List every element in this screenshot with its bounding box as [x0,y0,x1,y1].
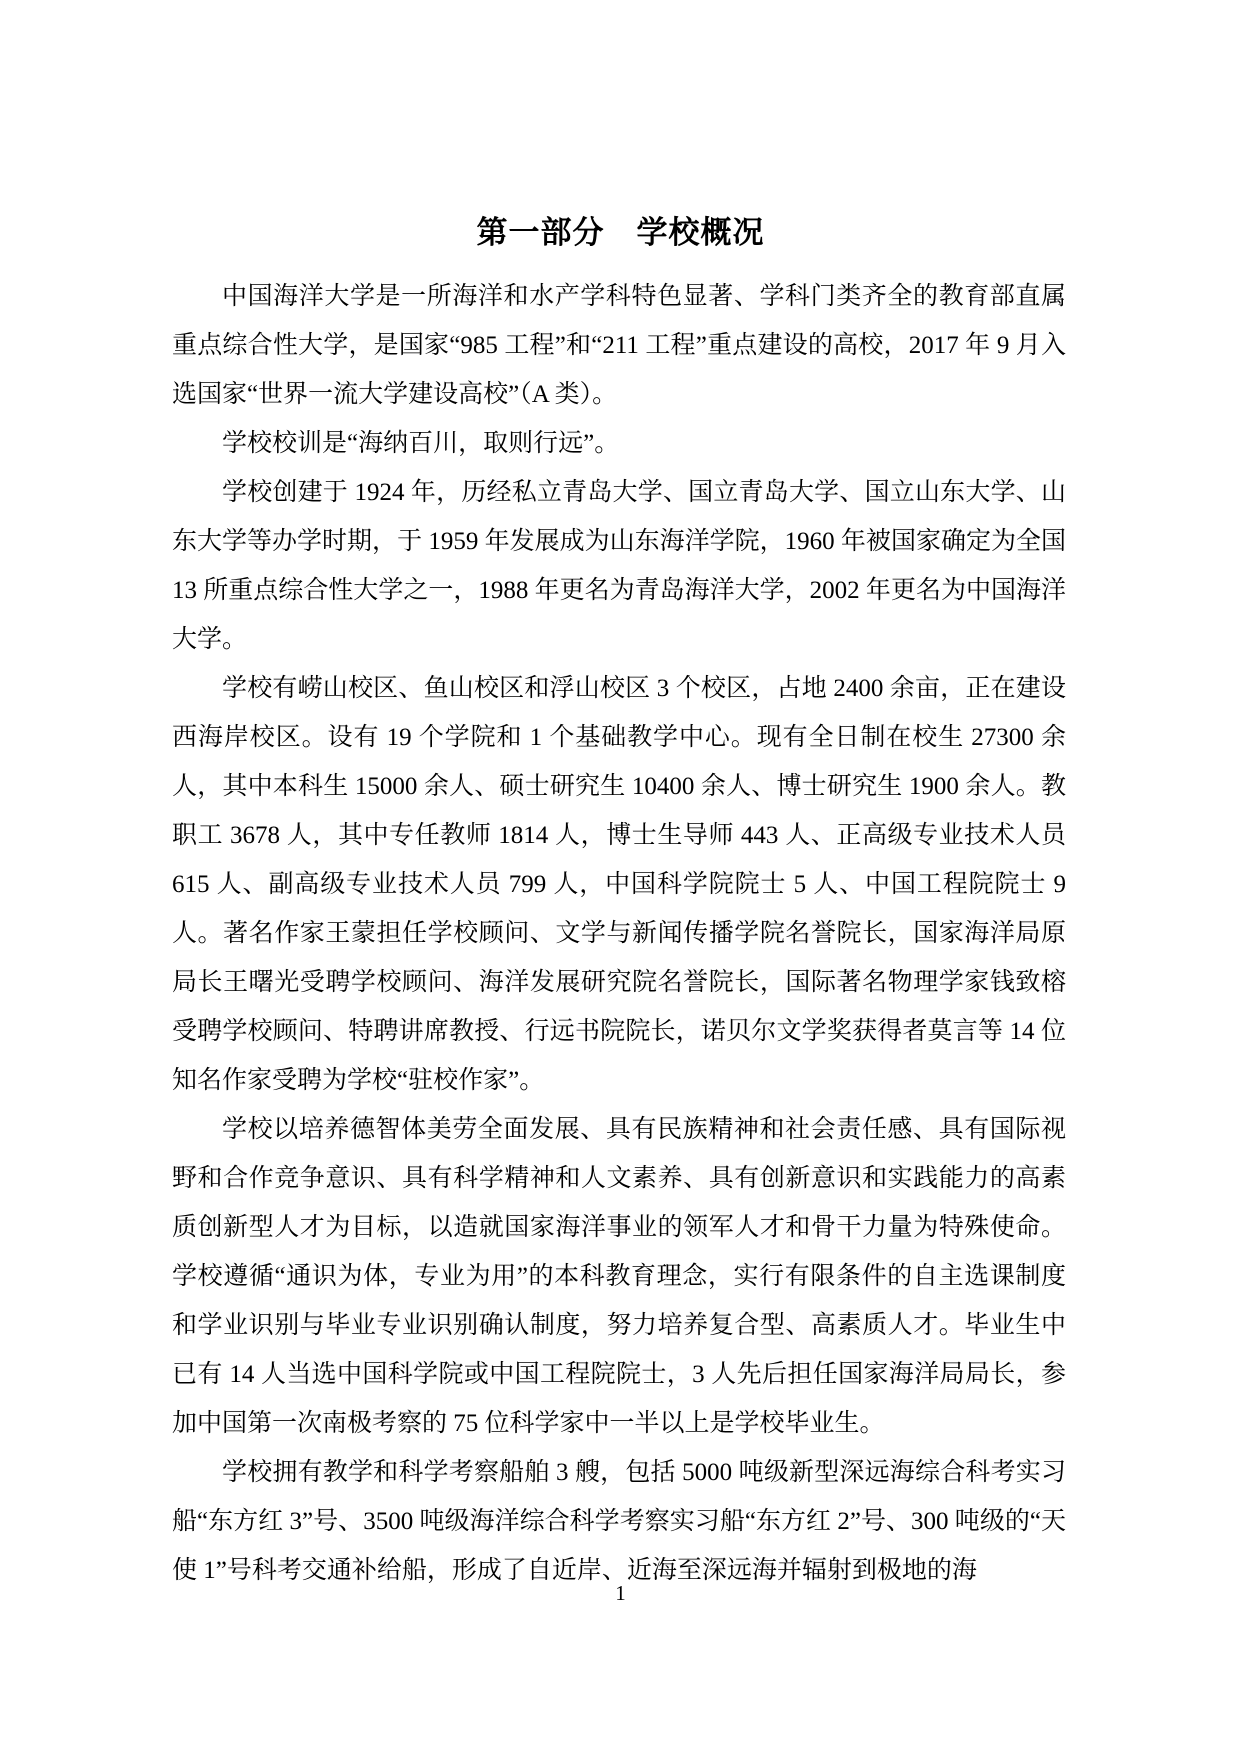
document-body: 中国海洋大学是一所海洋和水产学科特色显著、学科门类齐全的教育部直属重点综合性大学… [172,272,1066,1595]
section-title: 第一部分 学校概况 [0,213,1241,253]
paragraph-research-vessels: 学校拥有教学和科学考察船舶 3 艘，包括 5000 吨级新型深远海综合科考实习船… [172,1448,1066,1595]
paragraph-intro: 中国海洋大学是一所海洋和水产学科特色显著、学科门类齐全的教育部直属重点综合性大学… [172,272,1066,419]
document-page: 第一部分 学校概况 中国海洋大学是一所海洋和水产学科特色显著、学科门类齐全的教育… [0,0,1241,1754]
paragraph-education-mission: 学校以培养德智体美劳全面发展、具有民族精神和社会责任感、具有国际视野和合作竞争意… [172,1105,1066,1448]
page-number: 1 [0,1580,1241,1606]
paragraph-campus-faculty: 学校有崂山校区、鱼山校区和浮山校区 3 个校区，占地 2400 余亩，正在建设西… [172,664,1066,1105]
paragraph-motto: 学校校训是“海纳百川，取则行远”。 [172,419,1066,468]
paragraph-history: 学校创建于 1924 年，历经私立青岛大学、国立青岛大学、国立山东大学、山东大学… [172,468,1066,664]
